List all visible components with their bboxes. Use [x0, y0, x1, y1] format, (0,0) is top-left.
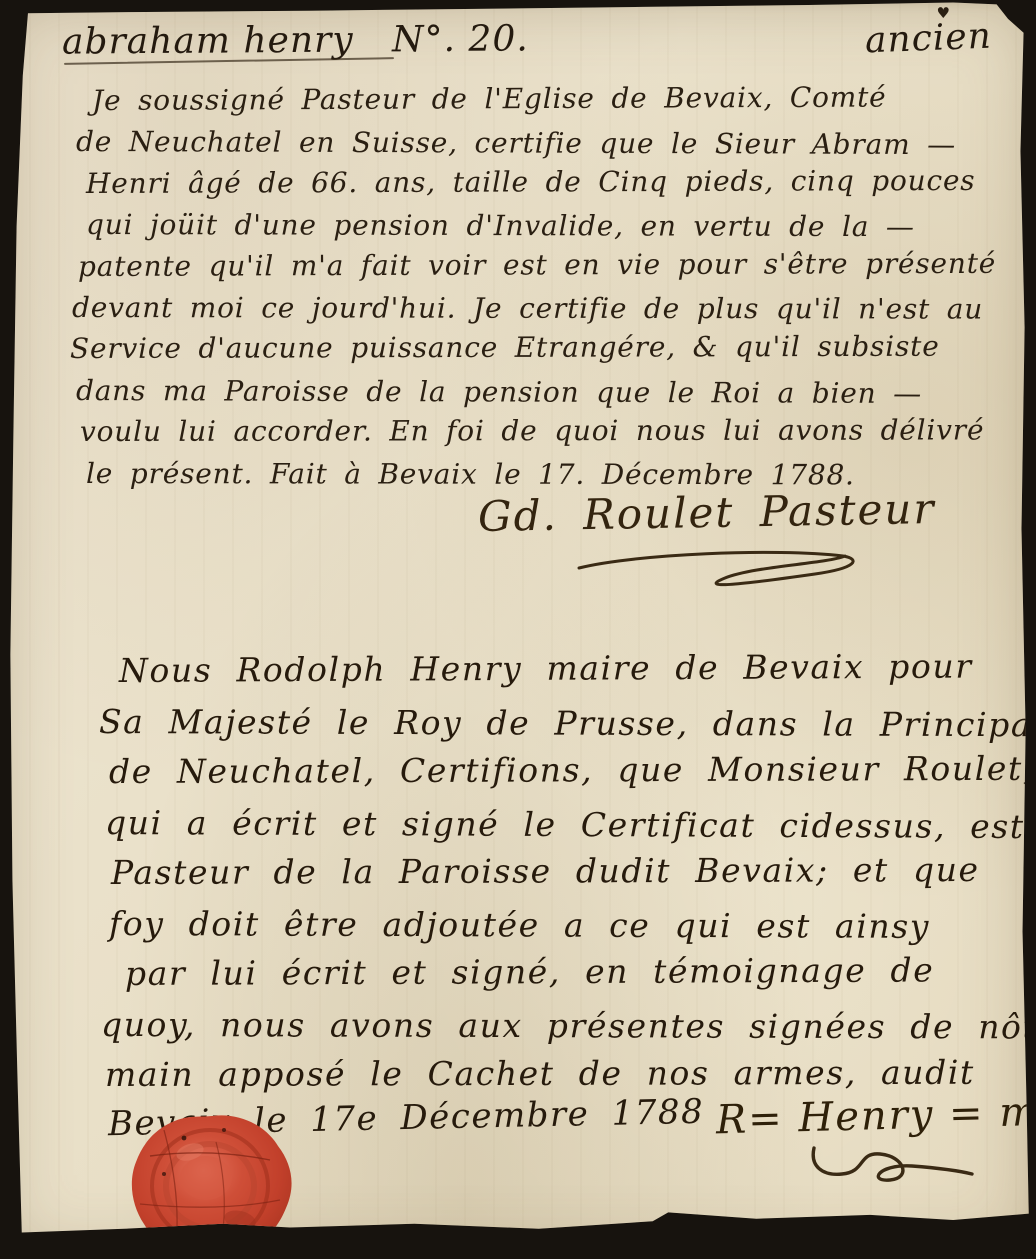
- signature-flourish: [575, 534, 865, 596]
- text-line: voulu lui accorder. En foi de quoi nous …: [80, 410, 994, 453]
- text-line: Pasteur de la Paroisse dudit Bevaix; et …: [111, 845, 985, 899]
- text-line: foy doit être adjoutée a ce qui est ains…: [109, 899, 985, 953]
- text-line: qui a écrit et signé le Certificat cides…: [105, 798, 985, 852]
- header-row: abraham henry N°. 20. ♥ ancien: [62, 16, 1016, 72]
- pastor-certificate-paragraph: Je soussigné Pasteur de l'Eglise de Beva…: [84, 80, 994, 494]
- text-line: quoy, nous avons aux présentes signées d…: [101, 1000, 985, 1053]
- text-line: Henri âgé de 66. ans, taille de Cinq pie…: [86, 160, 994, 205]
- text-line: devant moi ce jourd'hui. Je certifie de …: [72, 287, 994, 330]
- mayor-certificate-paragraph: Nous Rodolph Henry maire de Bevaix pour …: [95, 646, 985, 1101]
- text-line: Nous Rodolph Henry maire de Bevaix pour: [119, 641, 985, 696]
- text-line: patente qu'il m'a fait voir est en vie p…: [78, 242, 994, 287]
- text-line: de Neuchatel, Certifions, que Monsieur R…: [109, 744, 985, 798]
- document-number: N°. 20.: [392, 18, 529, 60]
- person-name: abraham henry: [62, 20, 354, 63]
- text-line: Je soussigné Pasteur de l'Eglise de Beva…: [92, 76, 994, 121]
- text-line: Service d'aucune puissance Etrangére, & …: [70, 326, 994, 370]
- mayor-signature: R= Henry = maire: [715, 1087, 1036, 1144]
- text-line: dans ma Paroisse de la pension que le Ro…: [76, 370, 994, 415]
- text-line: Sa Majesté le Roy de Prusse, dans la Pri…: [99, 697, 985, 751]
- pastor-signature: Gd. Roulet Pasteur: [478, 484, 936, 541]
- text-line: qui joüit d'une pension d'Invalide, en v…: [86, 204, 994, 248]
- header-name-and-number: abraham henry N°. 20.: [62, 18, 529, 62]
- header-note-ancien: ancien: [864, 16, 992, 62]
- document-paper: abraham henry N°. 20. ♥ ancien Je soussi…: [0, 0, 1036, 1259]
- signature-flourish: [808, 1140, 978, 1190]
- text-line: par lui écrit et signé, en témoignage de: [125, 945, 985, 999]
- photograph-backdrop: abraham henry N°. 20. ♥ ancien Je soussi…: [0, 0, 1036, 1259]
- red-wax-seal: [120, 1112, 304, 1259]
